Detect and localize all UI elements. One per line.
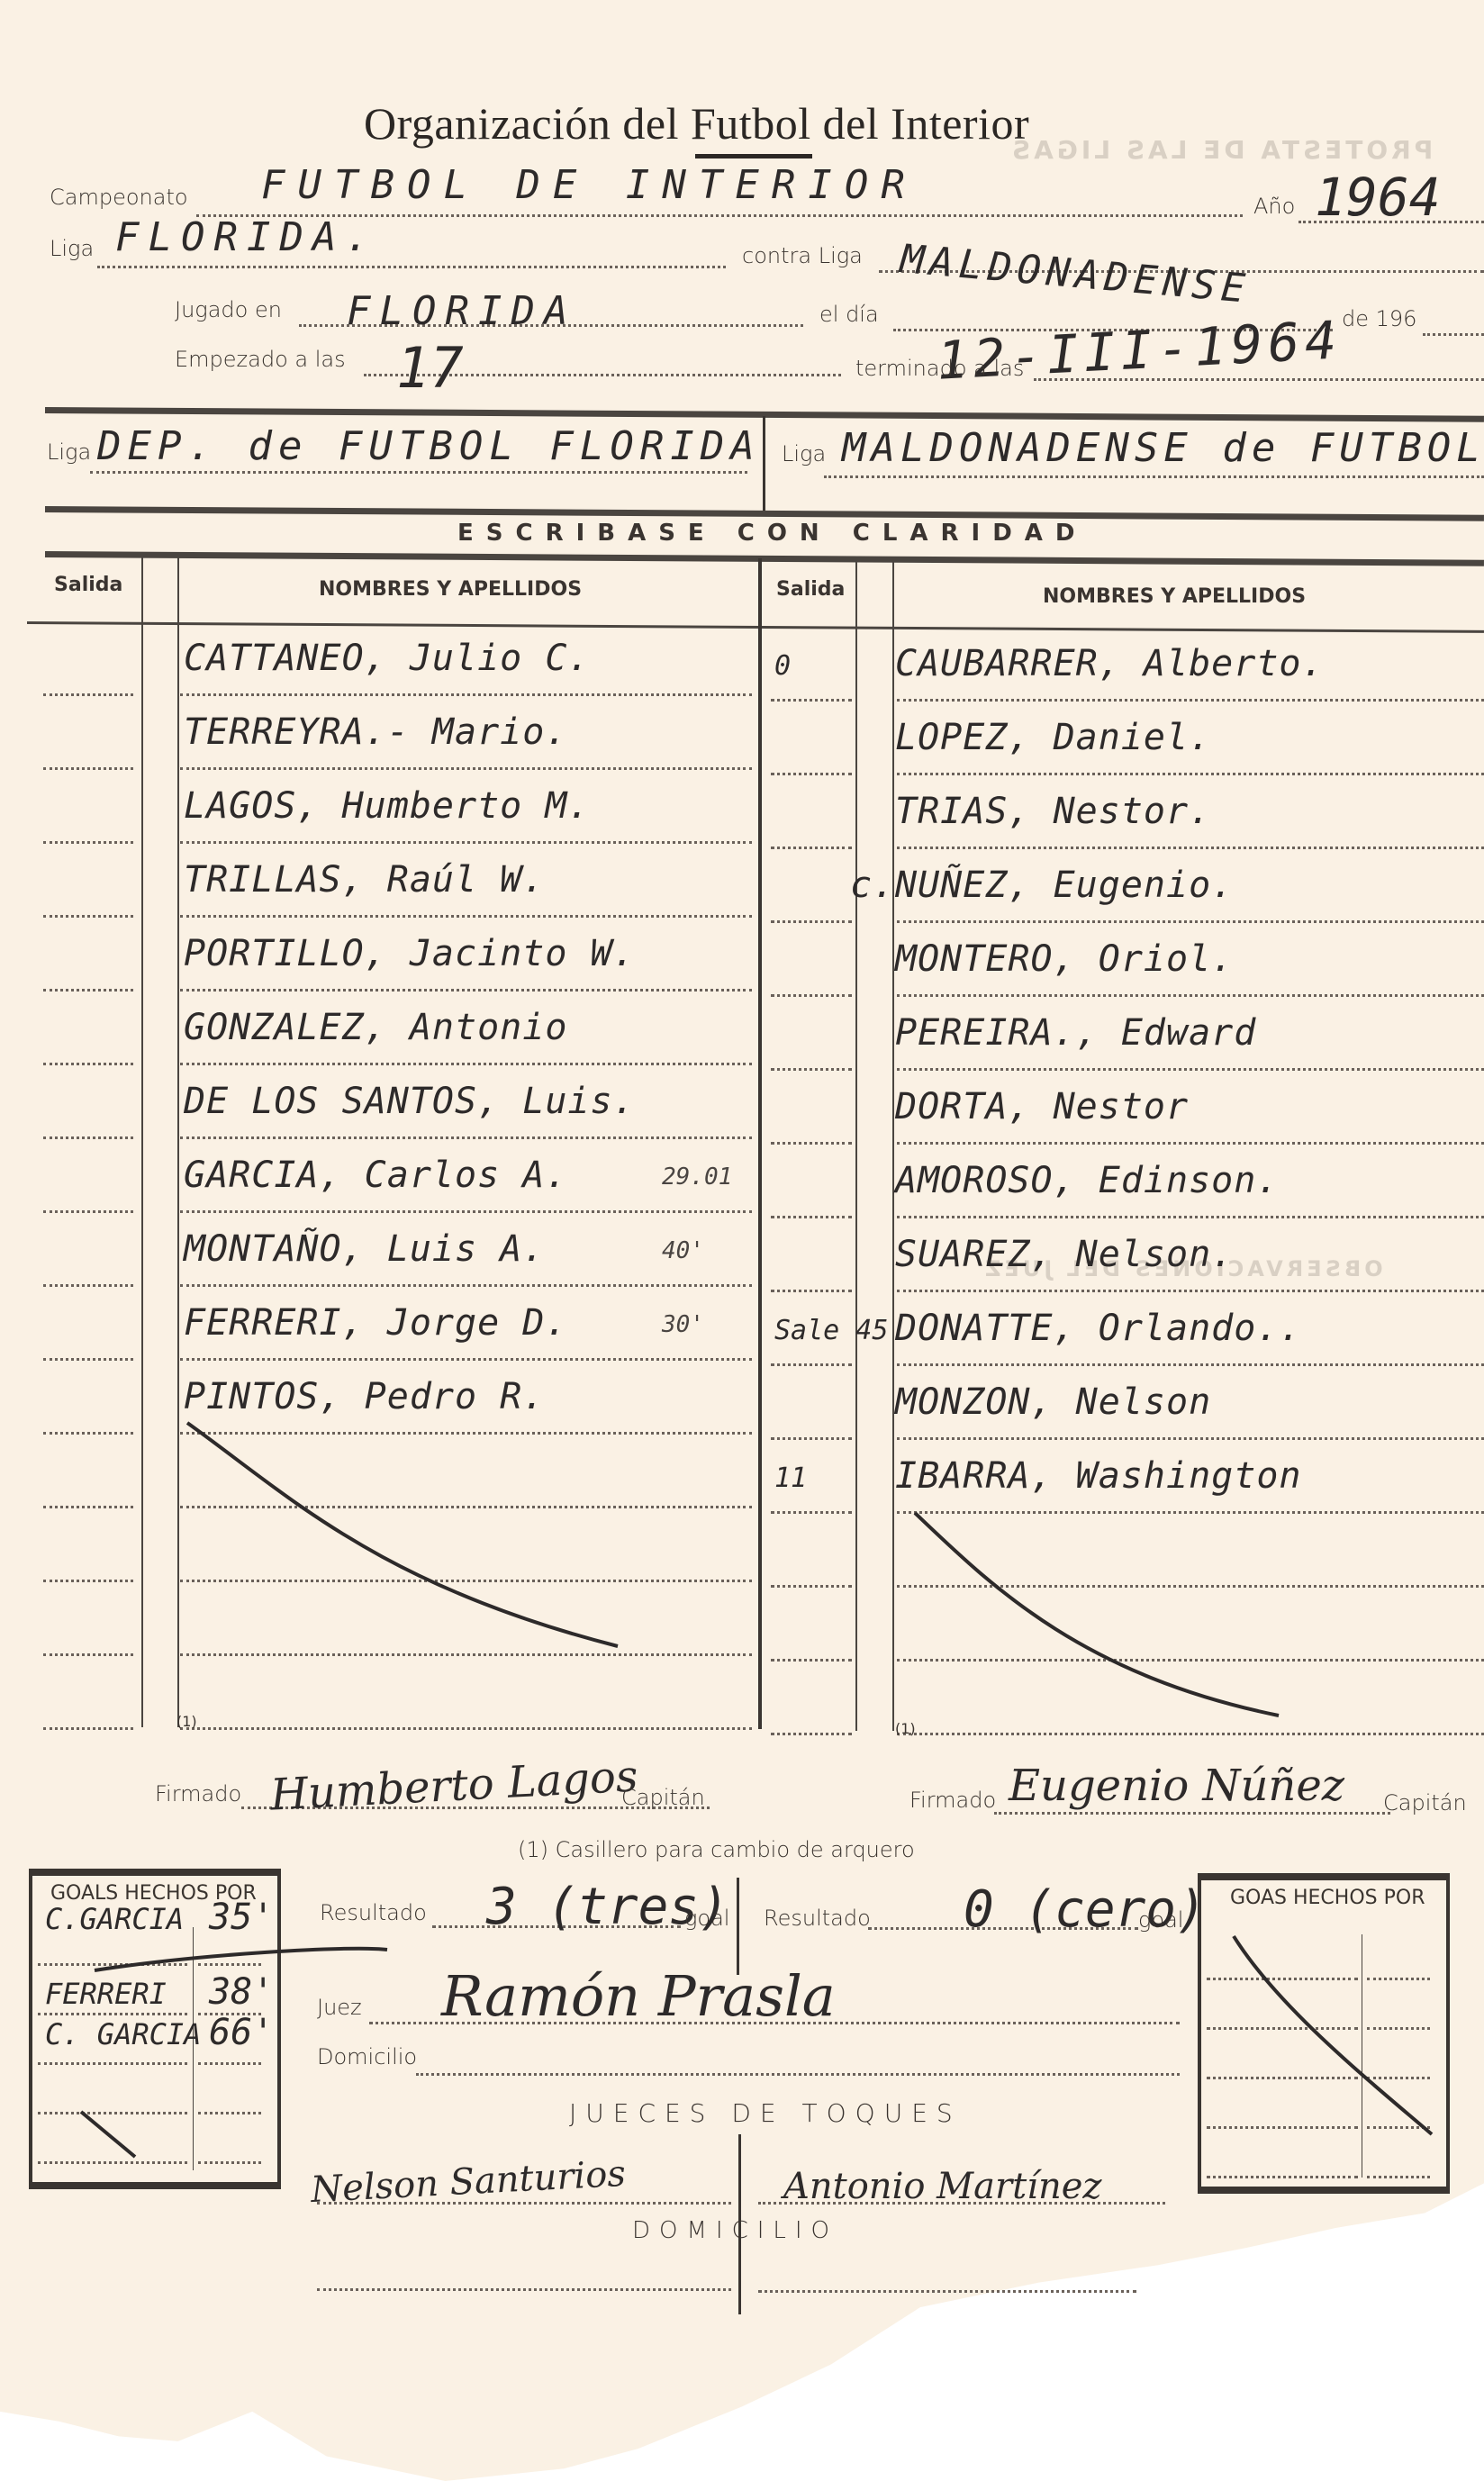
- liga-left-value[interactable]: DEP. de FUTBOL FLORIDA: [97, 423, 761, 469]
- juez-label: Juez: [317, 1995, 362, 2020]
- goal-minute[interactable]: 35': [209, 1897, 274, 1938]
- liga-label: Liga: [50, 236, 94, 261]
- right-firmado-line: [994, 1812, 1390, 1815]
- domicilio-line: [416, 2073, 1180, 2076]
- left-goals-minute-line: [198, 2161, 261, 2164]
- goal-scorer[interactable]: C.GARCIA: [45, 1902, 184, 1936]
- right-resultado-label: Resultado: [764, 1906, 871, 1931]
- campeonato-label: Campeonato: [50, 185, 188, 210]
- domicilio-heading: DOMICILIO: [632, 2217, 838, 2244]
- domicilio-label: Domicilio: [317, 2044, 417, 2069]
- right-salida-row-line: [771, 920, 852, 923]
- right-goal-label: goal: [1138, 1907, 1183, 1933]
- left-salida-row-line: [43, 989, 133, 991]
- left-name-row-line: [180, 1580, 752, 1582]
- right-name-row-line: [897, 1511, 1484, 1514]
- right-player-salida: Sale 45: [774, 1315, 888, 1346]
- left-goals-minute-line: [198, 2112, 261, 2114]
- right-goals-title: GOAS HECHOS POR: [1230, 1887, 1425, 1909]
- right-name-row-line: [897, 1290, 1484, 1292]
- left-goals-row-line: [38, 2013, 187, 2015]
- ano-label: Año: [1253, 194, 1295, 219]
- right-nombres-header: NOMBRES Y APELLIDOS: [1043, 585, 1306, 608]
- empezado-label: Empezado a las: [175, 347, 346, 372]
- left-salida-row-line: [43, 1063, 133, 1065]
- right-salida-row-line: [771, 1585, 852, 1588]
- captain-marker: c.: [850, 865, 895, 906]
- table-center-divider: [758, 558, 762, 1729]
- left-name-row-line: [180, 1653, 752, 1656]
- right-player-name[interactable]: CAUBARRER, Alberto.: [895, 643, 1325, 684]
- left-goals-minute-line: [198, 1963, 261, 1966]
- right-salida-row-line: [771, 1068, 852, 1071]
- right-salida-col-line: [855, 560, 857, 1731]
- right-captain-signature[interactable]: Eugenio Núñez: [1009, 1761, 1344, 1811]
- de-196-line: [1423, 333, 1484, 336]
- right-player-name[interactable]: MONTERO, Oriol.: [895, 938, 1234, 980]
- right-name-row-line: [897, 1733, 1484, 1735]
- left-player-name[interactable]: LAGOS, Humberto M.: [184, 785, 590, 827]
- left-salida-row-line: [43, 1210, 133, 1213]
- goal-minute[interactable]: 38': [209, 1971, 274, 2013]
- jugado-en-label: Jugado en: [175, 297, 282, 322]
- left-player-name[interactable]: TERREYRA.- Mario.: [184, 711, 567, 753]
- right-salida-row-line: [771, 1363, 852, 1366]
- right-goals-box: [1198, 1873, 1450, 2194]
- left-name-col-line: [177, 557, 179, 1727]
- right-name-row-line: [897, 1659, 1484, 1662]
- right-salida-row-line: [771, 1216, 852, 1218]
- left-name-row-line: [180, 1432, 752, 1435]
- left-goals-minute-line: [198, 2062, 261, 2065]
- right-goals-row-line: [1207, 2027, 1358, 2030]
- right-name-row-line: [897, 1216, 1484, 1218]
- left-salida-row-line: [43, 1727, 133, 1730]
- right-name-col-line: [892, 560, 894, 1731]
- left-salida-row-line: [43, 1432, 133, 1435]
- left-name-row-line: [180, 693, 752, 696]
- liga-left-label: Liga: [47, 439, 91, 465]
- left-goals-row-line: [38, 1963, 187, 1966]
- left-name-row-line: [180, 1284, 752, 1287]
- right-player-name[interactable]: PEREIRA., Edward: [895, 1012, 1256, 1054]
- left-resultado-label: Resultado: [320, 1900, 427, 1925]
- jugado-en-value[interactable]: FLORIDA: [347, 288, 576, 334]
- left-name-row-line: [180, 767, 752, 770]
- right-player-name[interactable]: DORTA, Nestor: [895, 1086, 1189, 1127]
- domicilio-left-line: [317, 2288, 731, 2291]
- right-capitan-label: Capitán: [1383, 1790, 1467, 1815]
- left-name-row-line: [180, 915, 752, 918]
- right-salida-row-line: [771, 1142, 852, 1145]
- left-player-name[interactable]: GONZALEZ, Antonio: [184, 1007, 567, 1048]
- right-name-row-line: [897, 847, 1484, 849]
- right-name-row-line: [897, 699, 1484, 702]
- goal-minute[interactable]: 66': [209, 2012, 274, 2053]
- left-salida-row-line: [43, 1506, 133, 1508]
- left-player-name[interactable]: TRILLAS, Raúl W.: [184, 859, 545, 901]
- left-salida-row-line: [43, 1653, 133, 1656]
- left-salida-row-line: [43, 841, 133, 844]
- left-player-name[interactable]: CATTANEO, Julio C.: [184, 638, 590, 679]
- left-name-row-line: [180, 989, 752, 991]
- instruction-heading: ESCRIBASE CON CLARIDAD: [457, 520, 1088, 547]
- left-name-row-line: [180, 841, 752, 844]
- arquero-footnote: (1) Casillero para cambio de arquero: [518, 1837, 915, 1862]
- right-player-name[interactable]: TRIAS, Nestor.: [895, 791, 1211, 832]
- right-player-salida: 11: [774, 1462, 807, 1494]
- right-salida-row-line: [771, 1511, 852, 1514]
- liga-right-label: Liga: [782, 441, 826, 466]
- left-goals-row-line: [38, 2062, 187, 2065]
- right-player-name[interactable]: NUÑEZ, Eugenio.: [895, 865, 1234, 906]
- left-firmado-label: Firmado: [155, 1781, 241, 1806]
- right-name-row-line: [897, 1068, 1484, 1071]
- title-underline: [695, 154, 812, 158]
- right-name-row-line: [897, 1363, 1484, 1366]
- left-player-name[interactable]: FERRERI, Jorge D.: [184, 1302, 567, 1344]
- left-salida-header: Salida: [54, 574, 122, 596]
- left-salida-row-line: [43, 1358, 133, 1361]
- left-player-note: 30': [662, 1311, 704, 1338]
- right-salida-row-line: [771, 847, 852, 849]
- left-player-name[interactable]: GARCIA, Carlos A.: [184, 1154, 567, 1196]
- terminado-line: [1034, 378, 1484, 381]
- left-salida-row-line: [43, 1580, 133, 1582]
- left-player-name[interactable]: DE LOS SANTOS, Luis.: [184, 1081, 636, 1122]
- right-firmado-label: Firmado: [909, 1788, 996, 1813]
- right-salida-row-line: [771, 1437, 852, 1440]
- juez-toque-right-signature[interactable]: Antonio Martínez: [783, 2166, 1101, 2207]
- right-name-row-line: [897, 1437, 1484, 1440]
- left-salida-row-line: [43, 1284, 133, 1287]
- right-goals-minute-line: [1367, 1978, 1430, 1980]
- left-player-name[interactable]: PORTILLO, Jacinto W.: [184, 933, 636, 974]
- right-salida-row-line: [771, 1659, 852, 1662]
- liga-right-line: [824, 475, 1484, 478]
- right-salida-row-line: [771, 1290, 852, 1292]
- left-name-row-line: [180, 1063, 752, 1065]
- goal-scorer[interactable]: FERRERI: [45, 1977, 167, 2011]
- left-nombres-header: NOMBRES Y APELLIDOS: [319, 578, 582, 601]
- left-salida-row-line: [43, 1136, 133, 1139]
- right-goals-minute-line: [1367, 2176, 1430, 2178]
- left-capitan-label: Capitán: [621, 1785, 705, 1810]
- left-footnote-marker: (1): [176, 1713, 197, 1730]
- right-footnote-marker: (1): [895, 1720, 916, 1737]
- left-name-row-line: [180, 1506, 752, 1508]
- right-player-name[interactable]: DONATTE, Orlando..: [895, 1308, 1301, 1349]
- goal-scorer[interactable]: C. GARCIA: [45, 2017, 201, 2051]
- left-name-row-line: [180, 1136, 752, 1139]
- liga-value[interactable]: FLORIDA.: [115, 214, 378, 260]
- left-salida-row-line: [43, 767, 133, 770]
- left-player-name[interactable]: MONTAÑO, Luis A.: [184, 1228, 545, 1270]
- right-goals-minute-line: [1367, 2077, 1430, 2079]
- right-salida-row-line: [771, 994, 852, 997]
- liga-right-value[interactable]: MALDONADENSE de FUTBOL: [842, 425, 1484, 471]
- right-player-name[interactable]: IBARRA, Washington: [895, 1455, 1301, 1497]
- right-name-row-line: [897, 994, 1484, 997]
- right-salida-row-line: [771, 1733, 852, 1735]
- terminado-label: terminado a las: [855, 356, 1024, 381]
- right-goals-minute-line: [1367, 2027, 1430, 2030]
- left-name-row-line: [180, 1358, 752, 1361]
- result-divider: [737, 1878, 739, 1975]
- campeonato-value[interactable]: FUTBOL DE INTERIOR: [261, 162, 918, 208]
- ano-value[interactable]: 1964: [1315, 167, 1441, 228]
- liga-line: [97, 266, 726, 268]
- right-player-name[interactable]: MONZON, Nelson: [895, 1381, 1211, 1423]
- right-goals-row-line: [1207, 2126, 1358, 2129]
- left-goal-label: goal: [684, 1906, 729, 1931]
- juez-signature[interactable]: Ramón Prasla: [441, 1963, 836, 2029]
- el-dia-label: el día: [819, 302, 879, 327]
- right-salida-row-line: [771, 699, 852, 702]
- right-name-row-line: [897, 920, 1484, 923]
- bleed-through-text: PROTESTA DE LAS LIGAS: [1009, 135, 1433, 165]
- right-salida-header: Salida: [776, 578, 845, 601]
- right-player-salida: 0: [774, 650, 791, 682]
- liga-divider: [763, 416, 765, 511]
- right-goals-row-line: [1207, 2176, 1358, 2178]
- contra-liga-label: contra Liga: [742, 243, 863, 268]
- left-salida-col-line: [141, 557, 143, 1727]
- domicilio-right-line: [758, 2290, 1136, 2293]
- left-player-note: 40': [662, 1237, 704, 1264]
- right-goals-minute-line: [1367, 2126, 1430, 2129]
- right-player-name[interactable]: SUAREZ, Nelson.: [895, 1234, 1234, 1275]
- right-name-row-line: [897, 1585, 1484, 1588]
- document-title: Organización del Futbol del Interior: [364, 97, 1029, 149]
- left-goals-row-line: [38, 2161, 187, 2164]
- left-player-note: 29.01: [662, 1164, 732, 1191]
- left-salida-row-line: [43, 915, 133, 918]
- right-goals-row-line: [1207, 2077, 1358, 2079]
- right-player-name[interactable]: AMOROSO, Edinson.: [895, 1160, 1279, 1201]
- left-name-row-line: [180, 1727, 752, 1730]
- left-player-name[interactable]: PINTOS, Pedro R.: [184, 1376, 545, 1417]
- empezado-value[interactable]: 17: [396, 335, 464, 401]
- right-goals-row-line: [1207, 1978, 1358, 1980]
- right-salida-row-line: [771, 773, 852, 775]
- de-196-label: de 196: [1342, 306, 1416, 331]
- left-salida-row-line: [43, 693, 133, 696]
- right-player-name[interactable]: LOPEZ, Daniel.: [895, 717, 1211, 758]
- right-name-row-line: [897, 773, 1484, 775]
- right-name-row-line: [897, 1142, 1484, 1145]
- right-goals-col-line: [1362, 1934, 1362, 2178]
- left-name-row-line: [180, 1210, 752, 1213]
- liga-left-line: [90, 471, 747, 474]
- jueces-de-toques-heading: JUECES DE TOQUES: [569, 2098, 962, 2128]
- left-goals-row-line: [38, 2112, 187, 2114]
